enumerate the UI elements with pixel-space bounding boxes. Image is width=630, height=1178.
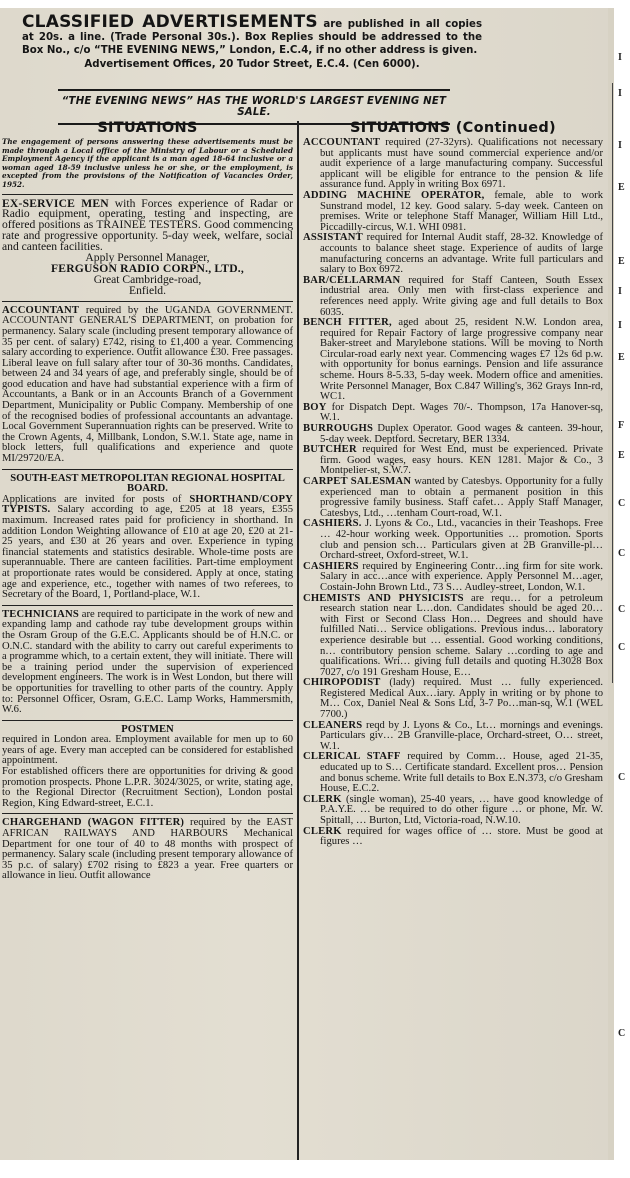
entry-keyword: CASHIERS. [303, 518, 362, 529]
column-divider [297, 121, 299, 1160]
ad-heading: SOUTH-EAST METROPOLITAN REGIONAL HOSPITA… [2, 474, 293, 495]
listing-entry: CLERK (single woman), 25-40 years, … hav… [303, 795, 603, 827]
entry-keyword: BAR/CELLARMAN [303, 275, 400, 286]
edge-letter: C [618, 604, 625, 615]
listing-entry: BENCH FITTER, aged about 25, resident N.… [303, 318, 603, 403]
entry-keyword: CASHIERS [303, 561, 359, 572]
edge-letter: E [618, 450, 625, 461]
entry-body: required for West End, must be experienc… [320, 444, 603, 476]
entry-body: are requ… for a petroleum research stati… [320, 593, 603, 678]
ad-body: are required to participate in the work … [2, 609, 293, 715]
entry-keyword: ASSISTANT [303, 232, 363, 243]
entry-keyword: ADDING MACHINE OPERATOR, [303, 190, 485, 201]
edge-letter: C [618, 642, 625, 653]
listing-entry: CLEANERS reqd by J. Lyons & Co., Lt… mor… [303, 721, 603, 753]
ad-keyword: CHARGEHAND (WAGON FITTER) [2, 817, 184, 828]
edge-letter: E [618, 256, 625, 267]
entry-keyword: CLERK [303, 794, 342, 805]
ad-body: Salary according to age, £205 at 18 year… [2, 504, 293, 600]
newspaper-clipping: CLASSIFIED ADVERTISEMENTS are published … [0, 8, 614, 1160]
edge-letter: I [618, 286, 622, 297]
section-title-continued: SITUATIONS (Continued) [303, 120, 603, 136]
masthead-title: CLASSIFIED ADVERTISEMENTS [22, 12, 318, 32]
listing-entry: BUTCHER required for West End, must be e… [303, 445, 603, 477]
edge-letter: E [618, 182, 625, 193]
section-title: SITUATIONS [2, 120, 293, 136]
edge-letter: E [618, 352, 625, 363]
entry-body: required for Internal Audit staff, 28-32… [320, 232, 603, 275]
entry-body: reqd by J. Lyons & Co., Lt… mornings and… [320, 720, 603, 752]
listing-entry: CASHIERS required by Engineering Contr…i… [303, 562, 603, 594]
listing-entry: CHEMISTS AND PHYSICISTS are requ… for a … [303, 594, 603, 679]
listing-entry: CHIROPODIST (lady) required. Must … full… [303, 678, 603, 720]
ad-keyword: TECHNICIANS [2, 609, 79, 620]
ad-body: required by the UGANDA GOVERNMENT. ACCOU… [2, 305, 293, 464]
listing-entry: CARPET SALESMAN wanted by Catesbys. Oppo… [303, 477, 603, 519]
listing-entry: ACCOUNTANT required (27-32yrs). Qualific… [303, 138, 603, 191]
entry-keyword: BURROUGHS [303, 423, 373, 434]
entry-body: required by Engineering Contr…ing firm f… [320, 561, 603, 593]
entry-keyword: CLEANERS [303, 720, 362, 731]
entry-body: (single woman), 25-40 years, … have good… [320, 794, 603, 826]
employment-notice: The engagement of persons answering thes… [2, 138, 293, 195]
masthead: CLASSIFIED ADVERTISEMENTS are published … [22, 16, 482, 71]
entry-body: aged about 25, resident N.W. London area… [320, 317, 603, 402]
ad-postmen: POSTMEN required in London area. Employm… [2, 721, 293, 815]
listing-entry: BOY for Dispatch Dept. Wages 70/-. Thomp… [303, 403, 603, 424]
masthead-offices: Advertisement Offices, 20 Tudor Street, … [22, 58, 482, 71]
listing-entry: ASSISTANT required for Internal Audit st… [303, 233, 603, 275]
edge-letter: I [618, 140, 622, 151]
listing-entry: BAR/CELLARMAN required for Staff Canteen… [303, 276, 603, 318]
entry-keyword: CLERK [303, 826, 342, 837]
edge-letter: C [618, 548, 625, 559]
listing-entry: CLERICAL STAFF required by Comm… House, … [303, 752, 603, 794]
listing-entry: CLERK required for wages office of … sto… [303, 827, 603, 848]
ad-address: Enfield. [2, 286, 293, 297]
paper-edge [608, 8, 614, 1160]
ad-body: required in London area. Employment avai… [2, 735, 293, 767]
edge-letter: C [618, 498, 625, 509]
ad-accountant-uganda: ACCOUNTANT required by the UGANDA GOVERN… [2, 302, 293, 470]
entry-keyword: BOY [303, 402, 327, 413]
entry-body: required for wages office of … store. Mu… [320, 826, 603, 848]
entry-keyword: CLERICAL STAFF [303, 751, 401, 762]
entry-keyword: CHIROPODIST [303, 677, 381, 688]
listing-entry: CASHIERS. J. Lyons & Co., Ltd., vacancie… [303, 519, 603, 561]
ad-intro: Applications are invited for posts of [2, 494, 189, 505]
right-column: SITUATIONS (Continued) ACCOUNTANT requir… [303, 118, 603, 848]
edge-letter: C [618, 772, 625, 783]
edge-letter: I [618, 52, 622, 63]
ad-keyword: ACCOUNTANT [2, 305, 79, 316]
ad-chargehand: CHARGEHAND (WAGON FITTER) required by th… [2, 814, 293, 886]
ad-ex-service-men: EX-SERVICE MEN with Forces experience of… [2, 195, 293, 302]
entry-keyword: ACCOUNTANT [303, 137, 380, 148]
edge-letter: I [618, 88, 622, 99]
listing-entry: ADDING MACHINE OPERATOR, female, able to… [303, 191, 603, 233]
column-divider-right [612, 83, 613, 683]
edge-letter: I [618, 320, 622, 331]
entry-body: for Dispatch Dept. Wages 70/-. Thompson,… [320, 402, 603, 424]
ad-hospital-board: SOUTH-EAST METROPOLITAN REGIONAL HOSPITA… [2, 470, 293, 606]
ad-body-2: For established officers there are oppor… [2, 767, 293, 809]
entry-keyword: BENCH FITTER, [303, 317, 392, 328]
listing-entry: BURROUGHS Duplex Operator. Good wages & … [303, 424, 603, 445]
entry-keyword: CHEMISTS AND PHYSICISTS [303, 593, 464, 604]
edge-letter: F [618, 420, 624, 431]
entry-keyword: CARPET SALESMAN [303, 476, 411, 487]
entry-body: J. Lyons & Co., Ltd., vacancies in their… [320, 518, 603, 561]
entry-keyword: BUTCHER [303, 444, 357, 455]
edge-letter: C [618, 1028, 625, 1039]
left-column: SITUATIONS The engagement of persons ans… [2, 118, 293, 886]
ad-technicians: TECHNICIANS are required to participate … [2, 606, 293, 721]
